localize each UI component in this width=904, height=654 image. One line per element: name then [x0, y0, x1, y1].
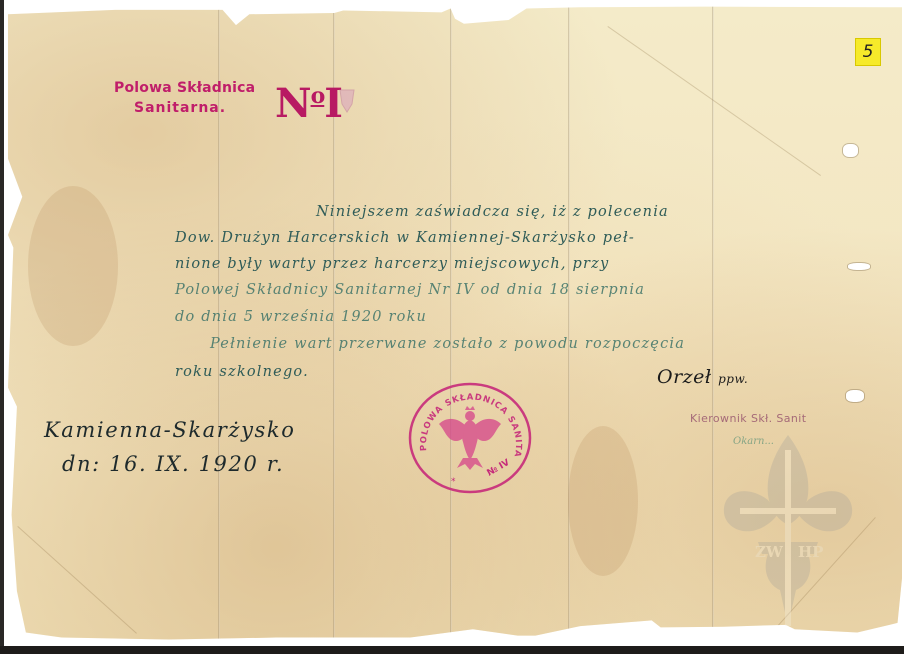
punch-hole: [846, 390, 864, 402]
header-stamp-line2: Sanitarna.: [114, 98, 255, 118]
stamp-number-prefix: N: [275, 80, 311, 127]
svg-text:*: *: [451, 477, 456, 487]
header-stamp: Polowa Składnica Sanitarna.: [114, 78, 255, 118]
director-stamp: Kierownik Skł. Sanit: [690, 412, 806, 425]
body-line-2: Dow. Drużyn Harcerskich w Kamiennej-Skar…: [175, 230, 635, 246]
header-stamp-line1: Polowa Składnica: [114, 78, 255, 98]
body-line-4: Polowej Składnicy Sanitarnej Nr IV od dn…: [175, 282, 645, 298]
watermark-right-text: HP: [798, 543, 823, 561]
punch-hole: [843, 144, 858, 157]
fold-line: [450, 6, 452, 642]
crease: [607, 26, 821, 176]
date-text: dn: 16. IX. 1920 r.: [62, 452, 284, 476]
stain: [568, 426, 638, 576]
body-line-7: roku szkolnego.: [175, 364, 309, 380]
body-line-5: do dnia 5 września 1920 roku: [175, 309, 427, 325]
fold-line: [568, 6, 570, 642]
scan-edge-bottom: [0, 646, 904, 654]
signature: Orzeł ppw.: [657, 366, 748, 388]
signature-name: Orzeł: [657, 366, 712, 388]
stamp-number: NoI: [275, 74, 342, 126]
stamp-number-sup: o: [311, 83, 325, 109]
round-stamp: POLOWA SKŁADNICA SANITARNA № IV *: [405, 380, 535, 498]
eagle-icon: [439, 406, 501, 470]
stain: [28, 186, 118, 346]
place-text: Kamienna-Skarżysko: [44, 418, 295, 442]
svg-text:№ IV: № IV: [486, 458, 512, 479]
svg-text:POLOWA SKŁADNICA SANITARNA: POLOWA SKŁADNICA SANITARNA: [405, 380, 523, 459]
punch-hole: [848, 263, 870, 270]
signature-suffix: ppw.: [718, 372, 748, 386]
body-line-6: Pełnienie wart przerwane zostało z powod…: [210, 336, 685, 352]
body-line-3: nione były warty przez harcerzy miejscow…: [175, 256, 609, 272]
page-number-tag: 5: [855, 38, 881, 66]
body-line-1: Niniejszem zaświadcza się, iż z poleceni…: [316, 204, 669, 220]
fleur-de-lis-cross-watermark: ZW HP: [718, 430, 858, 630]
scan-edge-left: [0, 0, 4, 654]
crease: [17, 526, 137, 634]
shield-icon: [339, 88, 355, 114]
watermark-left-text: ZW: [755, 543, 784, 561]
